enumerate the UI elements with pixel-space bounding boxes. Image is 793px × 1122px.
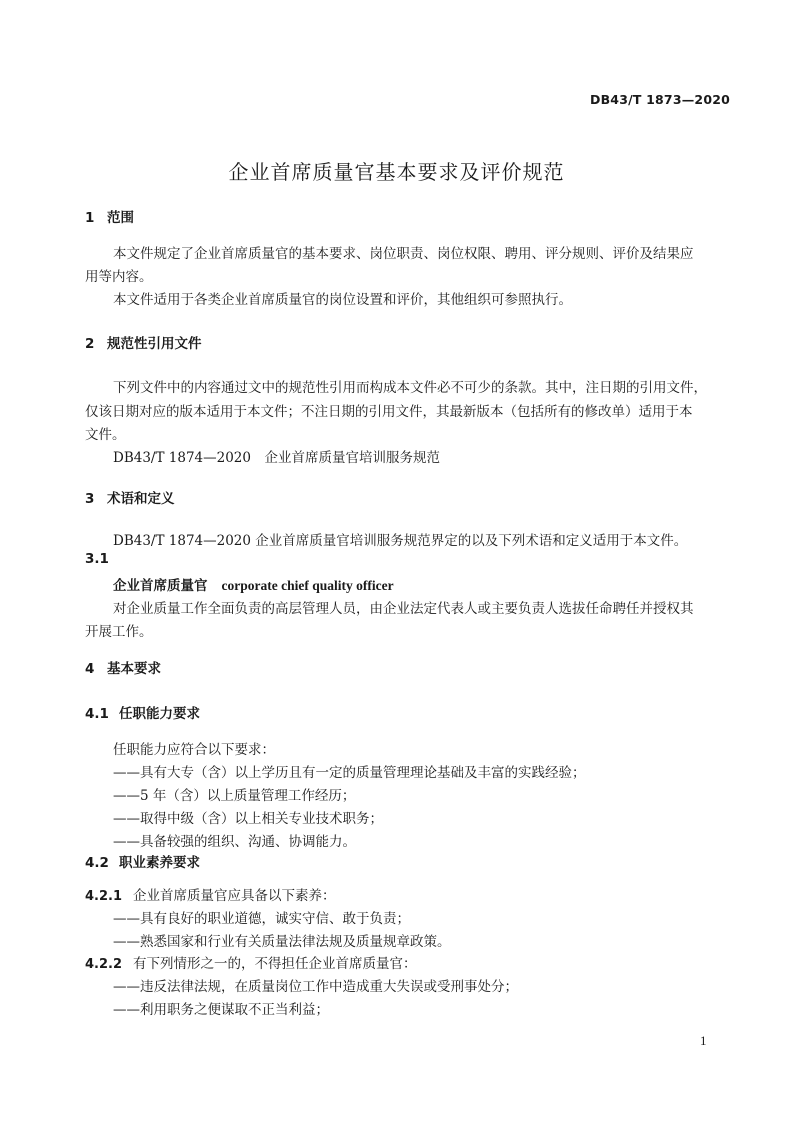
clause-4-1-heading: 4.1任职能力要求	[85, 702, 200, 722]
section-number: 3	[85, 491, 107, 507]
normative-reference: DB43/T 1874—2020 企业首席质量官培训服务规范	[113, 446, 440, 466]
clause-text: 有下列情形之一的，不得担任企业首席质量官：	[133, 956, 417, 972]
list-item: ——利用职务之便谋取不正当利益；	[113, 998, 329, 1018]
list-item: ——具有良好的职业道德，诚实守信、敢于负责；	[113, 907, 410, 927]
paragraph: 文件。	[85, 423, 126, 443]
list-item: ——熟悉国家和行业有关质量法律法规及质量规章政策。	[113, 930, 451, 950]
definition: 开展工作。	[85, 620, 153, 640]
clause-text: 企业首席质量官应具备以下素养：	[133, 888, 336, 904]
section-1-heading: 1范围	[85, 206, 134, 226]
section-2-heading: 2规范性引用文件	[85, 332, 202, 352]
clause-title: 任职能力要求	[119, 706, 200, 722]
section-number: 1	[85, 210, 107, 226]
section-4-heading: 4基本要求	[85, 657, 161, 677]
clause-number: 4.2.2	[85, 957, 133, 972]
term-entry: 企业首席质量官corporate chief quality officer	[113, 574, 394, 594]
clause-number: 4.2	[85, 855, 119, 871]
clause-number: 4.2.1	[85, 889, 133, 904]
page-number: 1	[700, 1033, 707, 1049]
clause-number: 4.1	[85, 706, 119, 722]
paragraph: 仅该日期对应的版本适用于本文件；不注日期的引用文件，其最新版本（包括所有的修改单…	[85, 400, 693, 420]
clause-title: 职业素养要求	[119, 855, 200, 871]
clause-4-2-1: 4.2.1企业首席质量官应具备以下素养：	[85, 884, 336, 904]
clause-4-2-heading: 4.2职业素养要求	[85, 851, 200, 871]
section-number: 2	[85, 336, 107, 352]
section-3-heading: 3术语和定义	[85, 487, 175, 507]
paragraph: 本文件适用于各类企业首席质量官的岗位设置和评价，其他组织可参照执行。	[113, 288, 572, 308]
list-item: ——5 年（含）以上质量管理工作经历；	[113, 784, 355, 804]
list-item: ——取得中级（含）以上相关专业技术职务；	[113, 807, 383, 827]
document-title: 企业首席质量官基本要求及评价规范	[0, 156, 793, 185]
section-title: 规范性引用文件	[107, 336, 202, 352]
document-number: DB43/T 1873—2020	[590, 92, 730, 107]
definition: 对企业质量工作全面负责的高层管理人员，由企业法定代表人或主要负责人选拔任命聘任并…	[113, 597, 694, 617]
section-title: 基本要求	[107, 661, 161, 677]
list-item: ——具有大专（含）以上学历且有一定的质量管理理论基础及丰富的实践经验；	[113, 761, 586, 781]
term-english: corporate chief quality officer	[222, 578, 394, 593]
paragraph: DB43/T 1874—2020 企业首席质量官培训服务规范界定的以及下列术语和…	[113, 529, 687, 549]
term-chinese: 企业首席质量官	[113, 578, 208, 594]
section-title: 范围	[107, 210, 134, 226]
paragraph: 本文件规定了企业首席质量官的基本要求、岗位职责、岗位权限、聘用、评分规则、评价及…	[113, 242, 694, 262]
paragraph: 用等内容。	[85, 265, 153, 285]
clause-3-1-number: 3.1	[85, 551, 109, 567]
clause-4-2-2: 4.2.2有下列情形之一的，不得担任企业首席质量官：	[85, 952, 417, 972]
paragraph: 下列文件中的内容通过文中的规范性引用而构成本文件必不可少的条款。其中，注日期的引…	[113, 376, 707, 396]
section-title: 术语和定义	[107, 491, 175, 507]
list-item: ——具备较强的组织、沟通、协调能力。	[113, 830, 356, 850]
section-number: 4	[85, 661, 107, 677]
document-page: DB43/T 1873—2020 企业首席质量官基本要求及评价规范 1范围 本文…	[0, 0, 793, 1122]
list-item: ——违反法律法规，在质量岗位工作中造成重大失误或受刑事处分；	[113, 975, 518, 995]
paragraph: 任职能力应符合以下要求：	[113, 738, 275, 758]
